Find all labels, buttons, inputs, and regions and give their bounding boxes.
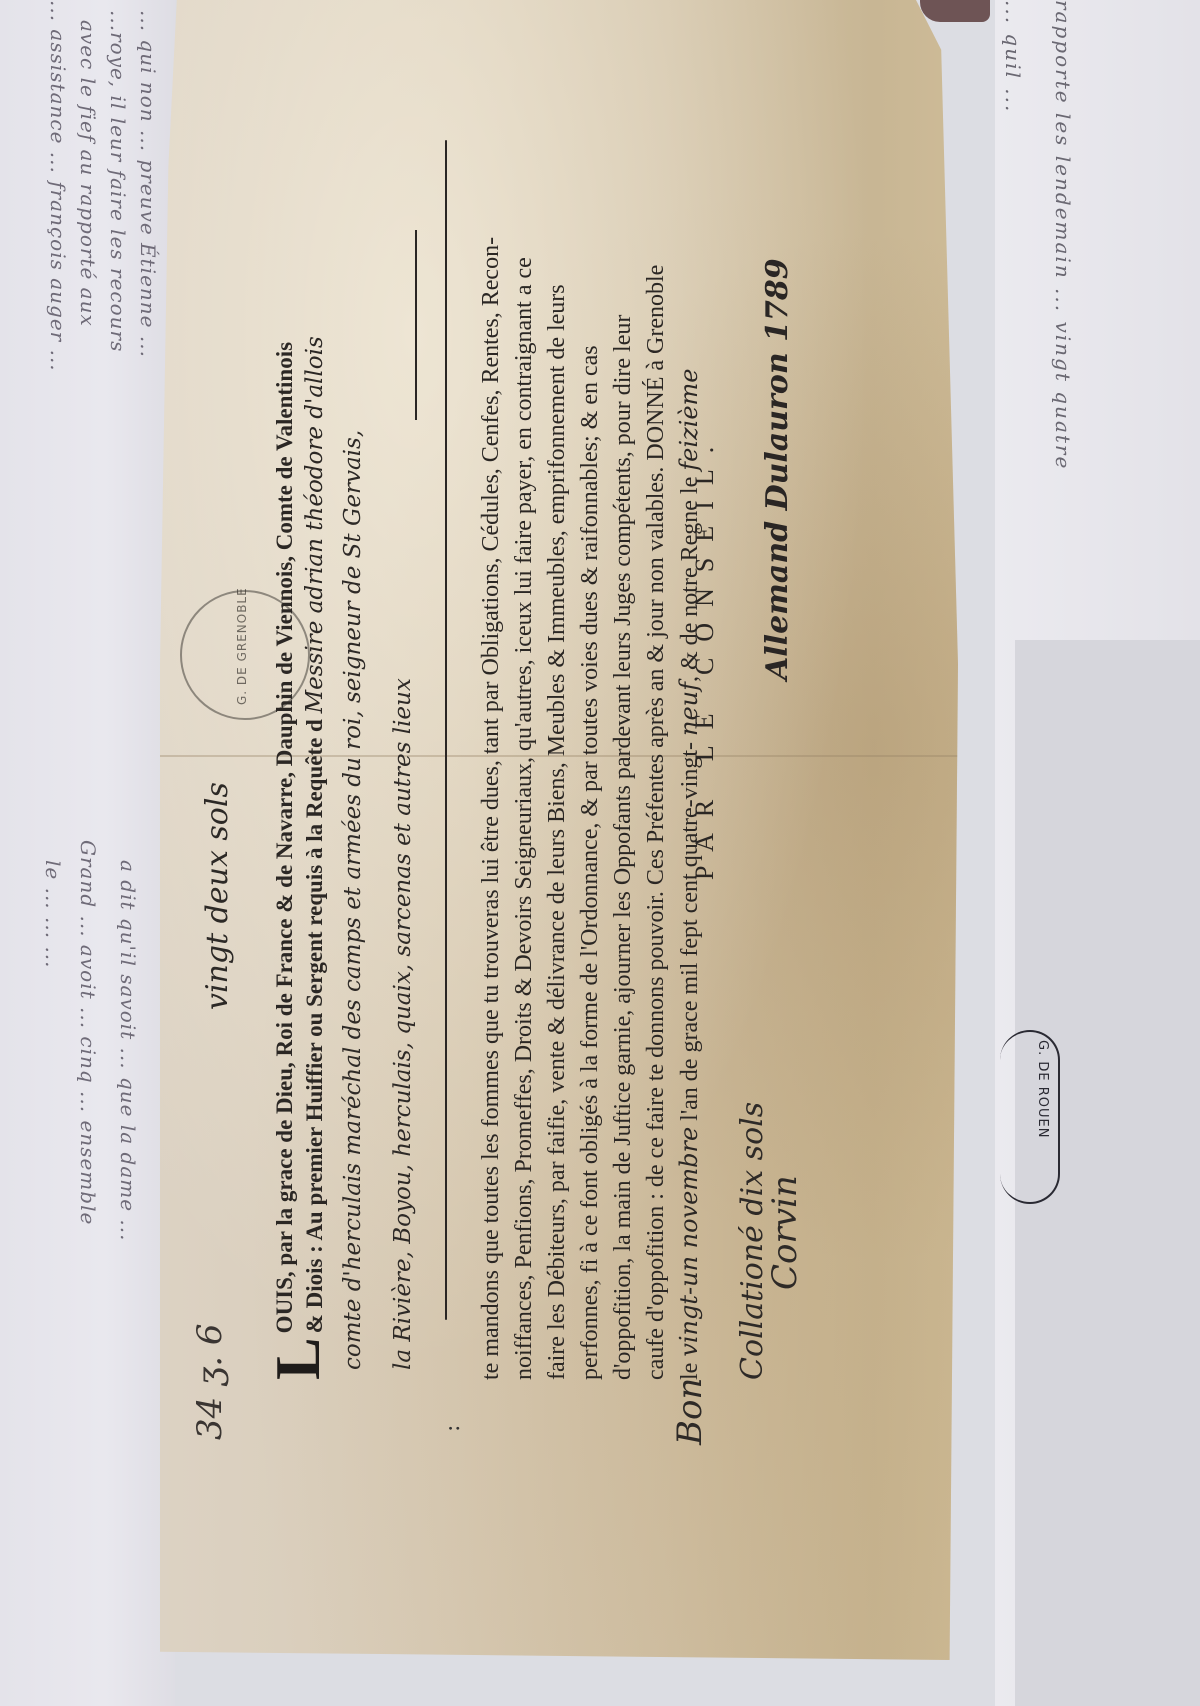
left-sheet-line: avec le fief au rapporté aux — [76, 20, 100, 327]
handwritten-rule — [415, 230, 417, 420]
left-sheet-line: a dit qu'il savoit ... que la dame ... — [116, 860, 140, 1241]
left-sheet-line: ... qui non ... preuve Étienne ... — [136, 10, 160, 358]
heading-handwritten-3: la Rivière, Boyou, herculais, quaix, sar… — [390, 678, 416, 1370]
left-sheet-line: ...roye, il leur faire les recours — [106, 10, 130, 352]
body-line: caufe d'oppofition : de ce faire te donn… — [640, 80, 673, 1380]
signature-name: Allemand Dulauron — [760, 352, 795, 680]
main-signature: Allemand Dulauron 1789 — [760, 258, 795, 680]
stamp-rouen-text: G. DE ROUEN — [1035, 1040, 1050, 1138]
heading-handwritten-1: Messire adrian théodore d'allois — [302, 336, 328, 713]
margin-fee-note: vingt deux sols — [200, 782, 235, 1010]
wax-stain — [920, 0, 990, 22]
reference-number: 34 ʒ. 6 — [190, 1323, 230, 1440]
body-line: d'oppofition, la main de Juftice garnie,… — [607, 80, 640, 1380]
grenoble-seal-text: G. DE GRENOBLE — [235, 587, 249, 705]
right-sheet-line: ... quil ... — [1001, 0, 1025, 113]
left-sheet-handwriting: ... qui non ... preuve Étienne ... ...ro… — [0, 0, 175, 1706]
body-text: te mandons que toutes les fommes que tu … — [475, 80, 707, 1380]
signature-year: 1789 — [760, 258, 795, 342]
stamp-rouen — [1000, 1030, 1060, 1204]
body-line: faire les Débiteurs, par faifie, vente &… — [541, 80, 574, 1380]
clerk-signature: Corvin — [765, 1175, 805, 1290]
left-sheet-line: Grand ... avoit ... cinq ... ensemble — [76, 840, 100, 1225]
right-sheet-line: rapporte les lendemain ... vingt quatre — [1051, 0, 1075, 470]
body-line: perfonnes, fi à ce font obligés à la for… — [574, 80, 607, 1380]
body-line: noiffances, Penfions, Promeffes, Droits … — [508, 80, 541, 1380]
left-sheet-line: le ... ... ... — [41, 860, 65, 969]
heading-printed-2: & Diois : Au premier Huiffier ou Sergent… — [302, 719, 327, 1333]
dropcap: L — [270, 1337, 326, 1380]
divider-rule — [445, 140, 447, 1320]
bon-mark: Bon — [670, 1378, 710, 1445]
document-content: 34 ʒ. 6 : vingt deux sols G. DE GRENOBLE… — [190, 60, 950, 1440]
margin-dots: : — [440, 1425, 465, 1432]
par-le-conseil: PAR LE CONSEIL. — [690, 431, 720, 880]
body-line: te mandons que toutes les fommes que tu … — [475, 80, 508, 1380]
left-sheet-line: ... assistance ... françois auger ... — [46, 0, 70, 372]
heading-printed-1: OUIS, par la grace de Dieu, Roi de Franc… — [272, 342, 297, 1333]
heading: L OUIS, par la grace de Dieu, Roi de Fra… — [270, 80, 330, 1380]
date-day-month: vingt-un novembre — [675, 1127, 703, 1357]
heading-handwritten-2: comte d'herculais maréchal des camps et … — [340, 430, 366, 1370]
